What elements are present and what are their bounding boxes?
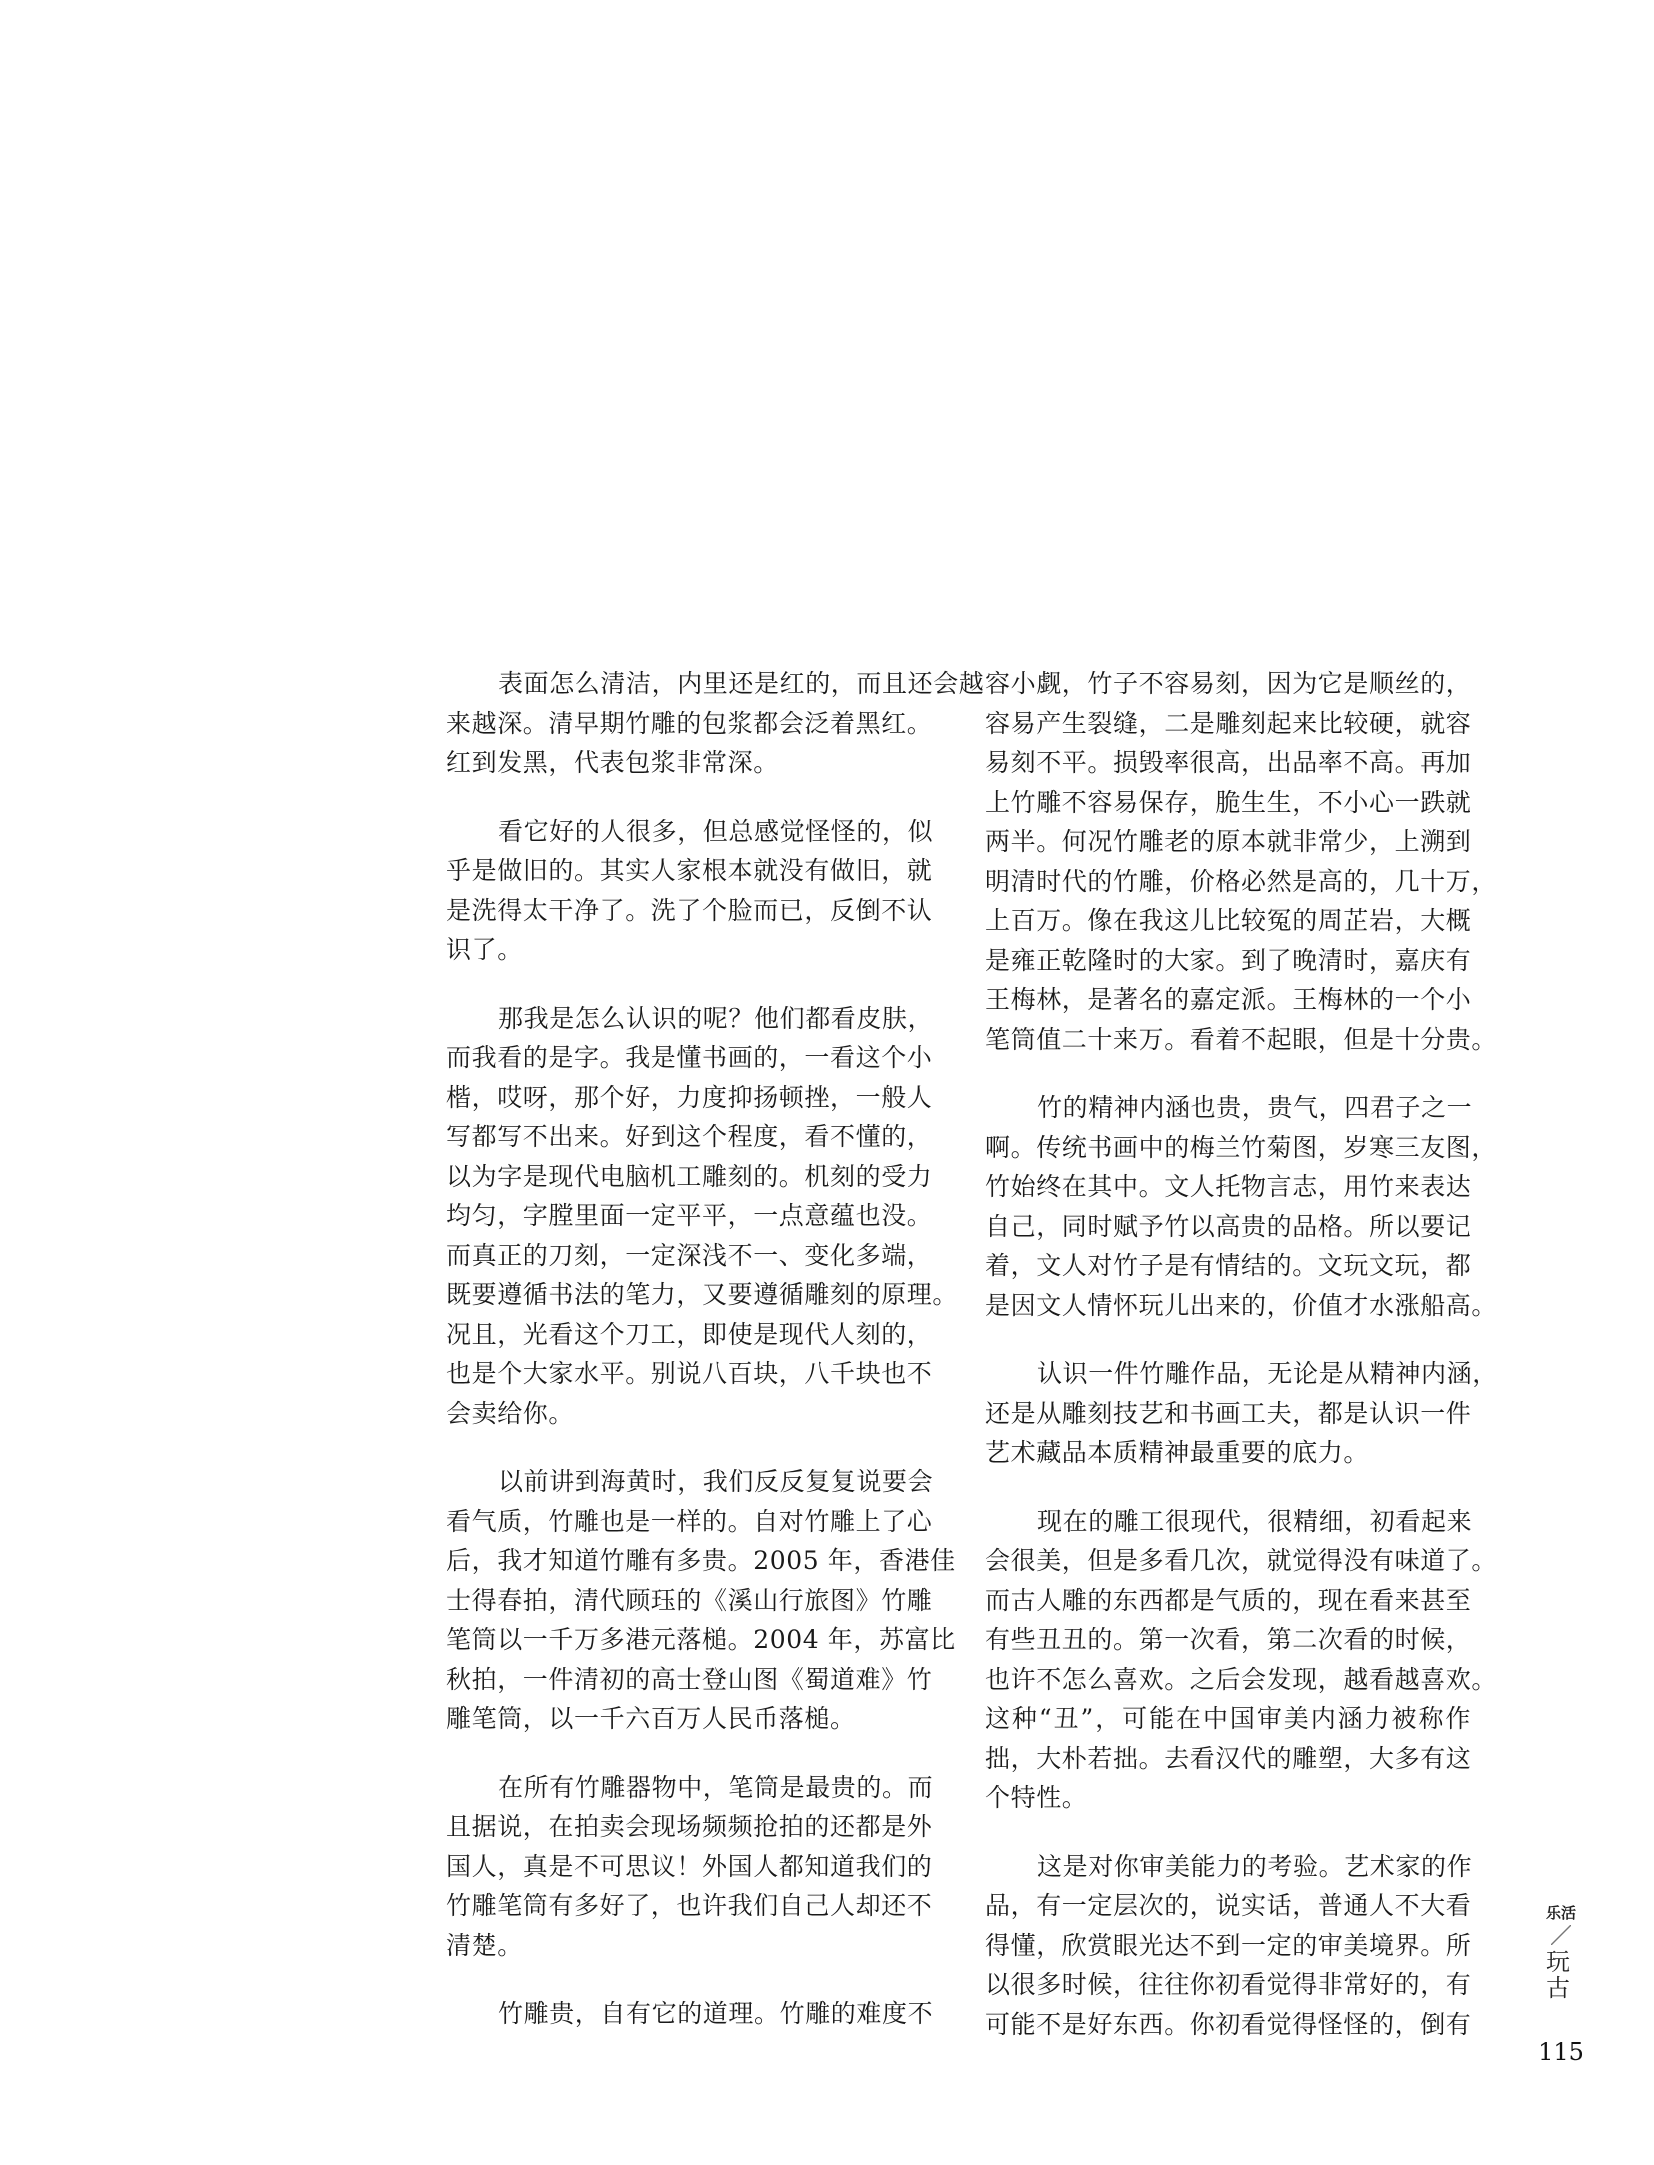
text-line: 艺术藏品本质精神最重要的底力。 <box>985 1433 1471 1473</box>
text-line: 王梅林，是著名的嘉定派。王梅林的一个小 <box>985 980 1471 1020</box>
text-line: 着，文人对竹子是有情结的。文玩文玩，都 <box>985 1246 1471 1286</box>
text-line: 竹始终在其中。文人托物言志，用竹来表达 <box>985 1167 1471 1207</box>
text-line: 容小觑，竹子不容易刻，因为它是顺丝的， <box>985 664 1471 704</box>
text-line: 竹的精神内涵也贵，贵气，四君子之一 <box>985 1088 1471 1128</box>
text-line: 明清时代的竹雕，价格必然是高的，几十万， <box>985 862 1471 902</box>
text-line: 自己，同时赋予竹以高贵的品格。所以要记 <box>985 1207 1471 1247</box>
text-line: 上百万。像在我这儿比较冤的周芷岩，大概 <box>985 901 1471 941</box>
text-line: 会很美，但是多看几次，就觉得没有味道了。 <box>985 1541 1471 1581</box>
text-line: 乎是做旧的。其实人家根本就没有做旧，就 <box>446 851 932 891</box>
paragraph: 在所有竹雕器物中，笔筒是最贵的。而且据说，在拍卖会现场频频抢拍的还都是外国人，真… <box>446 1768 932 1966</box>
text-line: 看它好的人很多，但总感觉怪怪的，似 <box>446 812 932 852</box>
text-line: 是洗得太干净了。洗了个脸而已，反倒不认 <box>446 891 932 931</box>
text-line: 也许不怎么喜欢。之后会发现，越看越喜欢。 <box>985 1660 1471 1700</box>
text-line: 品，有一定层次的，说实话，普通人不大看 <box>985 1886 1471 1926</box>
text-line: 以很多时候，往往你初看觉得非常好的，有 <box>985 1965 1471 2005</box>
article-column-right: 容小觑，竹子不容易刻，因为它是顺丝的，容易产生裂缝，二是雕刻起来比较硬，就容易刻… <box>985 664 1471 2073</box>
text-line: 均匀，字膛里面一定平平，一点意蕴也没。 <box>446 1196 932 1236</box>
text-line: 是雍正乾隆时的大家。到了晚清时，嘉庆有 <box>985 941 1471 981</box>
text-line: 竹雕贵，自有它的道理。竹雕的难度不 <box>446 1994 932 2034</box>
text-line: 红到发黑，代表包浆非常深。 <box>446 743 932 783</box>
text-line: 两半。何况竹雕老的原本就非常少，上溯到 <box>985 822 1471 862</box>
text-line: 楷，哎呀，那个好，力度抑扬顿挫，一般人 <box>446 1078 932 1118</box>
text-line: 以前讲到海黄时，我们反反复复说要会 <box>446 1462 932 1502</box>
paragraph: 竹雕贵，自有它的道理。竹雕的难度不 <box>446 1994 932 2034</box>
paragraph: 那我是怎么认识的呢？他们都看皮肤，而我看的是字。我是懂书画的，一看这个小楷，哎呀… <box>446 999 932 1434</box>
paragraph: 现在的雕工很现代，很精细，初看起来会很美，但是多看几次，就觉得没有味道了。而古人… <box>985 1502 1471 1818</box>
section-tag-secondary: 玩古 <box>1546 1949 1576 2001</box>
text-line: 会卖给你。 <box>446 1394 932 1434</box>
text-line: 来越深。清早期竹雕的包浆都会泛着黑红。 <box>446 704 932 744</box>
paragraph: 这是对你审美能力的考验。艺术家的作品，有一定层次的，说实话，普通人不大看得懂，欣… <box>985 1847 1471 2045</box>
text-line: 况且，光看这个刀工，即使是现代人刻的， <box>446 1315 932 1355</box>
page-number: 115 <box>1536 2038 1586 2066</box>
text-line: 后，我才知道竹雕有多贵。2005 年，香港佳 <box>446 1541 932 1581</box>
text-line: 是因文人情怀玩儿出来的，价值才水涨船高。 <box>985 1286 1471 1326</box>
text-line: 笔筒值二十来万。看着不起眼，但是十分贵。 <box>985 1020 1471 1060</box>
text-line: 笔筒以一千万多港元落槌。2004 年，苏富比 <box>446 1620 932 1660</box>
slash-divider-icon <box>1551 1925 1571 1945</box>
text-line: 认识一件竹雕作品，无论是从精神内涵， <box>985 1354 1471 1394</box>
text-line: 而我看的是字。我是懂书画的，一看这个小 <box>446 1038 932 1078</box>
text-line: 拙，大朴若拙。去看汉代的雕塑，大多有这 <box>985 1739 1471 1779</box>
paragraph: 表面怎么清洁，内里还是红的，而且还会越来越深。清早期竹雕的包浆都会泛着黑红。红到… <box>446 664 932 783</box>
text-line: 也是个大家水平。别说八百块，八千块也不 <box>446 1354 932 1394</box>
text-line: 士得春拍，清代顾珏的《溪山行旅图》竹雕 <box>446 1581 932 1621</box>
text-line: 既要遵循书法的笔力，又要遵循雕刻的原理。 <box>446 1275 932 1315</box>
text-line: 秋拍，一件清初的高士登山图《蜀道难》竹 <box>446 1660 932 1700</box>
text-line: 竹雕笔筒有多好了，也许我们自己人却还不 <box>446 1886 932 1926</box>
paragraph: 容小觑，竹子不容易刻，因为它是顺丝的，容易产生裂缝，二是雕刻起来比较硬，就容易刻… <box>985 664 1471 1059</box>
text-line: 清楚。 <box>446 1926 932 1966</box>
text-line: 个特性。 <box>985 1778 1471 1818</box>
text-line: 雕笔筒，以一千六百万人民币落槌。 <box>446 1699 932 1739</box>
paragraph: 认识一件竹雕作品，无论是从精神内涵，还是从雕刻技艺和书画工夫，都是认识一件艺术藏… <box>985 1354 1471 1473</box>
text-line: 识了。 <box>446 930 932 970</box>
text-line: 上竹雕不容易保存，脆生生，不小心一跌就 <box>985 783 1471 823</box>
text-line: 而真正的刀刻，一定深浅不一、变化多端， <box>446 1236 932 1276</box>
text-line: 得懂，欣赏眼光达不到一定的审美境界。所 <box>985 1926 1471 1966</box>
paragraph: 看它好的人很多，但总感觉怪怪的，似乎是做旧的。其实人家根本就没有做旧，就是洗得太… <box>446 812 932 970</box>
text-line: 看气质，竹雕也是一样的。自对竹雕上了心 <box>446 1502 932 1542</box>
text-line: 这种“丑”，可能在中国审美内涵力被称作 <box>985 1699 1471 1739</box>
text-line: 且据说，在拍卖会现场频频抢拍的还都是外 <box>446 1807 932 1847</box>
text-line: 易刻不平。损毁率很高，出品率不高。再加 <box>985 743 1471 783</box>
text-line: 以为字是现代电脑机工雕刻的。机刻的受力 <box>446 1157 932 1197</box>
section-tag: 乐活 玩古 <box>1546 1905 1576 2001</box>
text-line: 这是对你审美能力的考验。艺术家的作 <box>985 1847 1471 1887</box>
paragraph: 竹的精神内涵也贵，贵气，四君子之一啊。传统书画中的梅兰竹菊图，岁寒三友图，竹始终… <box>985 1088 1471 1325</box>
paragraph: 以前讲到海黄时，我们反反复复说要会看气质，竹雕也是一样的。自对竹雕上了心后，我才… <box>446 1462 932 1739</box>
text-line: 现在的雕工很现代，很精细，初看起来 <box>985 1502 1471 1542</box>
text-line: 可能不是好东西。你初看觉得怪怪的，倒有 <box>985 2005 1471 2045</box>
text-line: 而古人雕的东西都是气质的，现在看来甚至 <box>985 1581 1471 1621</box>
section-tag-primary: 乐活 <box>1546 1905 1576 1921</box>
text-line: 国人，真是不可思议！外国人都知道我们的 <box>446 1847 932 1887</box>
text-line: 还是从雕刻技艺和书画工夫，都是认识一件 <box>985 1394 1471 1434</box>
text-line: 啊。传统书画中的梅兰竹菊图，岁寒三友图， <box>985 1128 1471 1168</box>
text-line: 写都写不出来。好到这个程度，看不懂的， <box>446 1117 932 1157</box>
text-line: 容易产生裂缝，二是雕刻起来比较硬，就容 <box>985 704 1471 744</box>
text-line: 有些丑丑的。第一次看，第二次看的时候， <box>985 1620 1471 1660</box>
text-line: 那我是怎么认识的呢？他们都看皮肤， <box>446 999 932 1039</box>
article-column-left: 表面怎么清洁，内里还是红的，而且还会越来越深。清早期竹雕的包浆都会泛着黑红。红到… <box>446 664 932 2063</box>
text-line: 表面怎么清洁，内里还是红的，而且还会越 <box>446 664 932 704</box>
text-line: 在所有竹雕器物中，笔筒是最贵的。而 <box>446 1768 932 1808</box>
